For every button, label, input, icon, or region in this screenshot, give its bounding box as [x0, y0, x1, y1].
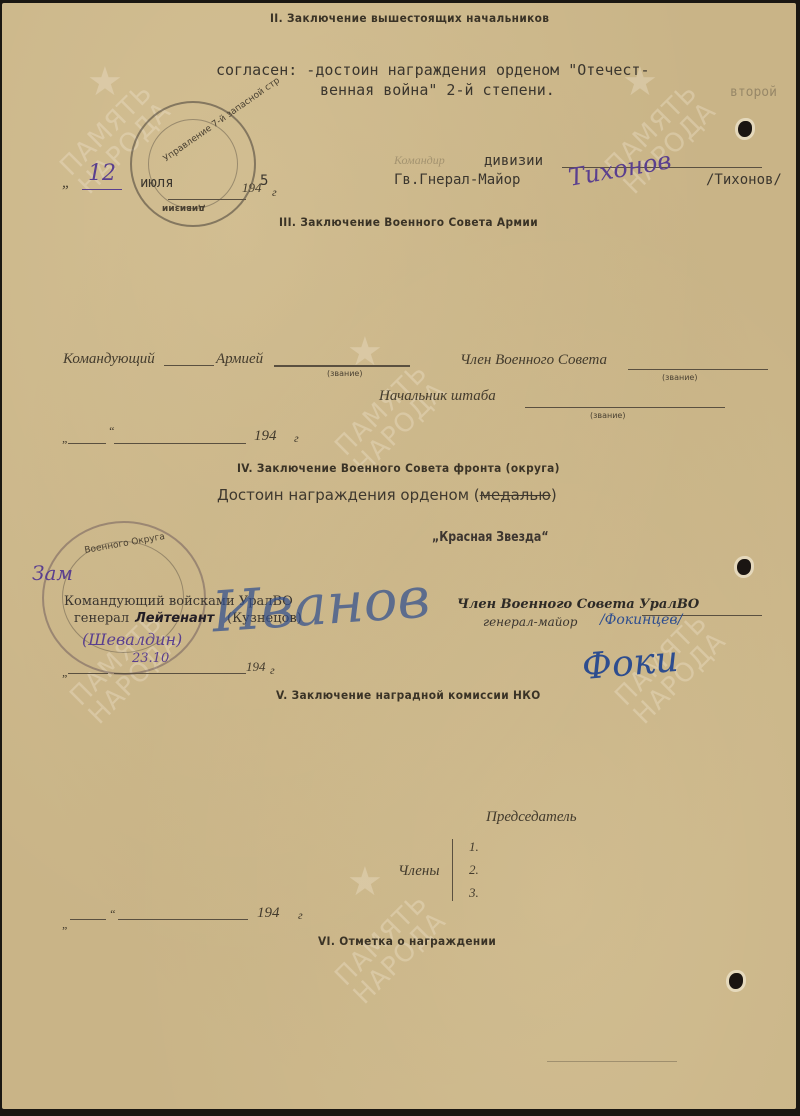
council-member-label: Член Военного Совета: [460, 352, 607, 369]
council-line1: Член Военного Совета УралВО: [457, 597, 699, 612]
watermark: ПАМЯТЬНАРОДА: [331, 889, 451, 1009]
commander-label: Командующий: [63, 351, 155, 368]
army-rank-field: [274, 365, 410, 367]
signature-ivanov: Иванов: [210, 565, 432, 645]
handwritten-zam: Зам: [32, 561, 73, 585]
chief-rank-field: [525, 407, 725, 408]
member-3: 3.: [469, 885, 479, 901]
signer-title-line1: дивизии: [484, 153, 543, 169]
section-2-text-line1: согласен: -достоин награждения орденом "…: [216, 61, 649, 79]
award-name-stamp: „Красная Звезда“: [432, 530, 549, 545]
army-label: Армией: [216, 351, 263, 368]
watermark-star-icon: ★: [347, 858, 383, 905]
verdict-text: Достоин награждения орденом (медалью): [217, 486, 557, 504]
council-rank-field: [628, 369, 768, 370]
document-page: ★ ПАМЯТЬНАРОДА ★ ПАМЯТЬНАРОДА ★ ПАМЯТЬНА…: [2, 3, 796, 1109]
faded-print: второй: [730, 85, 777, 100]
section-2-text-line2: венная война" 2-й степени.: [320, 81, 555, 99]
handwritten-date: 23.10: [132, 651, 169, 666]
date-day-handwritten: 12: [88, 161, 116, 186]
punch-hole: [729, 973, 743, 989]
signer-title-line2: Гв.Гнерал-Майор: [394, 172, 520, 188]
section-4-heading: IV. Заключение Военного Совета фронта (о…: [237, 461, 560, 475]
section-6-heading: VI. Отметка о награждении: [318, 934, 496, 948]
signer-name: /Тихонов/: [706, 172, 782, 188]
chairman-label: Председатель: [486, 809, 577, 826]
watermark-star-icon: ★: [347, 328, 383, 375]
member-1: 1.: [469, 839, 479, 855]
rank-stamp-lieutenant: Лейтенант: [135, 611, 214, 626]
punch-hole: [737, 559, 751, 575]
stamp-text: дивизии: [162, 203, 205, 213]
punch-hole: [738, 121, 752, 137]
members-bracket: [452, 839, 453, 901]
section-2-heading: II. Заключение вышестоящих начальников: [270, 11, 549, 25]
date-year: 194: [242, 180, 262, 196]
section-3-year: 194: [254, 428, 277, 445]
faded-label: Командир: [394, 153, 445, 168]
date-month: июля: [140, 175, 174, 191]
chief-of-staff-label: Начальник штаба: [379, 388, 496, 405]
member-2: 2.: [469, 862, 479, 878]
section-5-year: 194: [257, 905, 280, 922]
section-3-heading: III. Заключение Военного Совета Армии: [279, 215, 538, 229]
members-label: Члены: [398, 863, 440, 880]
signature-fokintsev: Фоки: [580, 639, 679, 688]
section-5-heading: V. Заключение наградной комиссии НКО: [276, 688, 541, 702]
council-name: /Фокинцев/: [600, 612, 682, 628]
handwritten-name: (Шевалдин): [82, 630, 182, 649]
